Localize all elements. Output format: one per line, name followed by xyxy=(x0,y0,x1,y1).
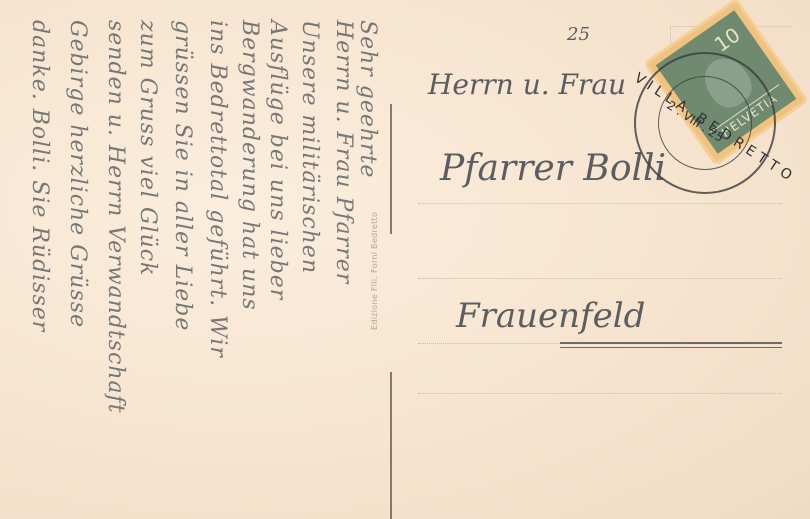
message-column: Gebirge herzliche Grüsse xyxy=(65,20,90,328)
center-divider xyxy=(390,104,392,234)
address-line-1: Herrn u. Frau xyxy=(428,68,626,101)
message-column: senden u. Herrn Verwandtschaft xyxy=(103,20,128,414)
message-column: zum Gruss viel Glück xyxy=(135,20,160,276)
address-dotted-line xyxy=(418,278,782,279)
number-note: 25 xyxy=(567,24,590,45)
address-line-3: Frauenfeld xyxy=(456,296,645,336)
address-underline xyxy=(560,347,782,348)
publisher-imprint: Edizione Flli. Forni Bedretto xyxy=(370,212,379,330)
postcard-back: Sehr geehrte Herrn u. Frau Pfarrer Unser… xyxy=(0,0,810,519)
address-dotted-line xyxy=(418,343,560,344)
address-line-2: Pfarrer Bolli xyxy=(440,148,666,189)
address-underline xyxy=(560,342,782,344)
stamp-value: 10 xyxy=(710,23,745,57)
message-column: Sehr geehrte xyxy=(355,20,380,178)
message-column: Unsere militärischen xyxy=(297,20,322,274)
center-divider xyxy=(390,372,392,519)
address-dotted-line xyxy=(418,203,782,204)
address-dotted-line xyxy=(418,393,782,394)
message-column: Bergwanderung hat uns xyxy=(237,20,262,311)
message-column: Herrn u. Frau Pfarrer xyxy=(331,20,356,284)
message-column: grüssen Sie in aller Liebe xyxy=(170,20,195,331)
message-column: danke. Bolli. Sie Rüdisser xyxy=(27,20,52,332)
message-column: Ausflüge bei uns lieber xyxy=(265,20,290,300)
message-column: ins Bedrettotal geführt. Wir xyxy=(205,20,230,358)
